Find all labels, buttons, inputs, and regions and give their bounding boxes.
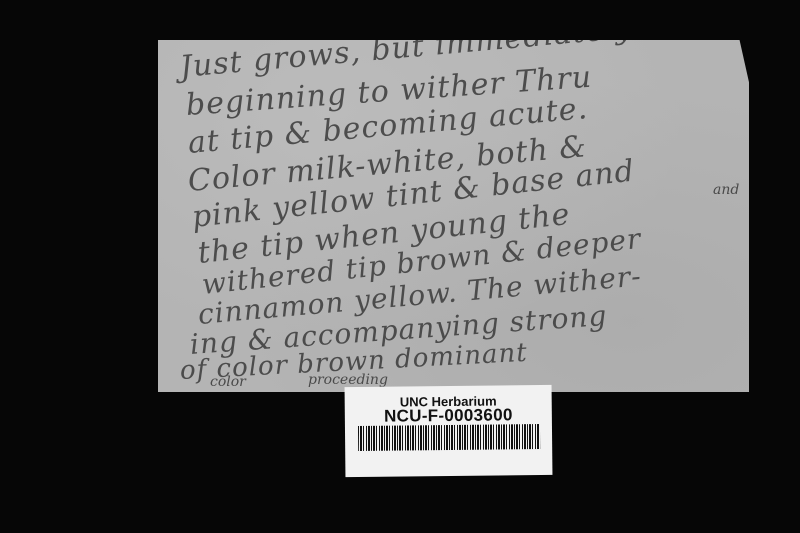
herbarium-label: UNC Herbarium NCU-F-0003600	[345, 385, 553, 477]
barcode-icon	[358, 424, 540, 451]
scan-background: Just grows, but immediately beginning to…	[0, 0, 800, 533]
specimen-card: Just grows, but immediately beginning to…	[158, 40, 749, 392]
handwriting-insertion-color: color	[210, 374, 246, 390]
handwriting-insertion-and: and	[713, 182, 739, 198]
handwriting-insertion-proceeding: proceeding	[308, 372, 388, 388]
